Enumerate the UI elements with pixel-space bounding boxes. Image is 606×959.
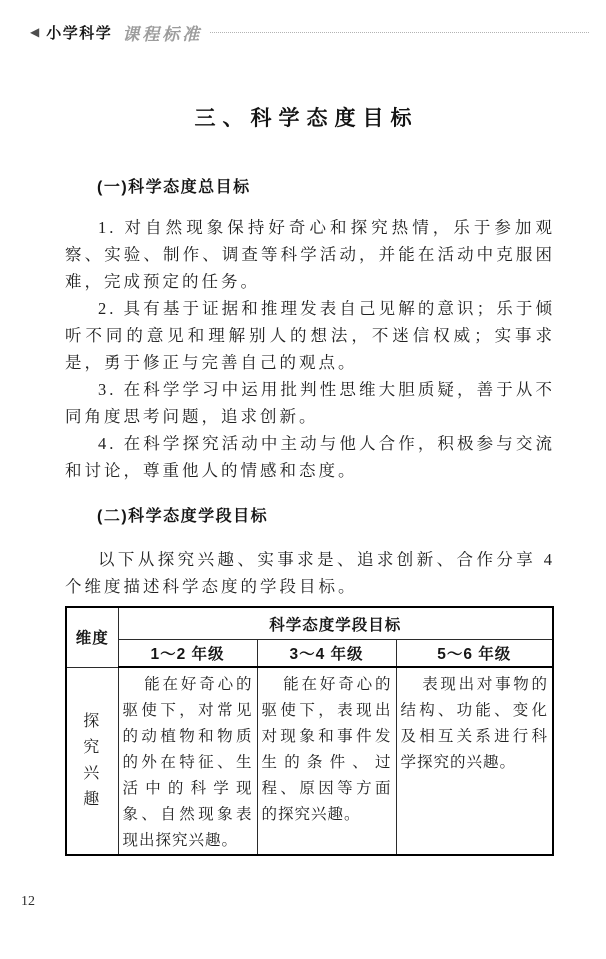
chapter-title: 三、科学态度目标	[0, 102, 606, 132]
table-header-row-2: 1～2 年级 3～4 年级 5～6 年级	[66, 640, 553, 668]
goal-cell-grade-1-2: 能在好奇心的驱使下，对常见的动植物和物质的外在特征、生活中的科学现象、自然现象表…	[118, 667, 257, 855]
paragraph-1: 1. 对自然现象保持好奇心和探究热情，乐于参加观察、实验、制作、调查等科学活动，…	[65, 214, 555, 295]
general-goals-paragraphs: 1. 对自然现象保持好奇心和探究热情，乐于参加观察、实验、制作、调查等科学活动，…	[65, 214, 555, 484]
paragraph-4: 4. 在科学探究活动中主动与他人合作，积极参与交流和讨论，尊重他人的情感和态度。	[65, 430, 555, 484]
page-number: 12	[21, 894, 35, 910]
grade-header-1-2: 1～2 年级	[118, 640, 257, 668]
series-title: 小学科学	[46, 22, 112, 43]
group-header: 科学态度学段目标	[118, 607, 553, 640]
goal-cell-grade-3-4: 能在好奇心的驱使下，表现出对现象和事件发生的条件、过程、原因等方面的探究兴趣。	[257, 667, 396, 855]
table-row: 探究兴趣 能在好奇心的驱使下，对常见的动植物和物质的外在特征、生活中的科学现象、…	[66, 667, 553, 855]
intro-paragraph: 以下从探究兴趣、实事求是、追求创新、合作分享 4 个维度描述科学态度的学段目标。	[65, 546, 555, 600]
section-heading-2: (二)科学态度学段目标	[97, 507, 268, 527]
table-header-row-1: 维度 科学态度学段目标	[66, 607, 553, 640]
running-head: ◀ 小学科学 课程标准	[30, 21, 589, 43]
dimension-column-header: 维度	[66, 607, 118, 667]
header-dotted-rule	[210, 32, 589, 33]
stage-goals-intro: 以下从探究兴趣、实事求是、追求创新、合作分享 4 个维度描述科学态度的学段目标。	[65, 546, 555, 600]
left-triangle-icon: ◀	[30, 26, 39, 38]
grade-header-5-6: 5～6 年级	[396, 640, 553, 668]
stage-goals-table: 维度 科学态度学段目标 1～2 年级 3～4 年级 5～6 年级 探究兴趣 能在…	[65, 606, 554, 856]
series-subtitle: 课程标准	[122, 20, 202, 45]
paragraph-3: 3. 在科学学习中运用批判性思维大胆质疑，善于从不同角度思考问题，追求创新。	[65, 376, 555, 430]
document-page: ◀ 小学科学 课程标准 三、科学态度目标 (一)科学态度总目标 1. 对自然现象…	[0, 0, 606, 959]
dimension-cell: 探究兴趣	[66, 667, 118, 855]
goal-cell-grade-5-6: 表现出对事物的结构、功能、变化及相互关系进行科学探究的兴趣。	[396, 667, 553, 855]
grade-header-3-4: 3～4 年级	[257, 640, 396, 668]
paragraph-2: 2. 具有基于证据和推理发表自己见解的意识；乐于倾听不同的意见和理解别人的想法，…	[65, 295, 555, 376]
section-heading-1: (一)科学态度总目标	[97, 178, 251, 198]
